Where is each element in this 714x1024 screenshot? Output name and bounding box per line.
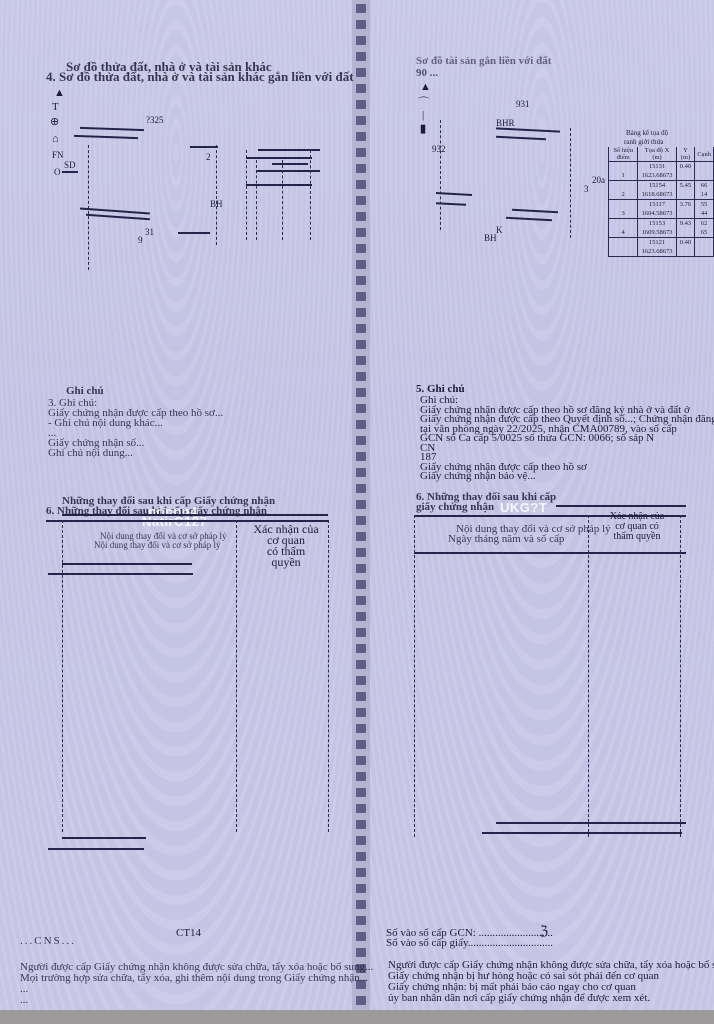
- left-section-heading-2: 4. Sơ đồ thửa đất, nhà ở và tài sản khác…: [46, 70, 354, 84]
- binding-hole: [356, 660, 366, 669]
- left-footer-line: ...: [20, 995, 28, 1007]
- binding-hole: [356, 836, 366, 845]
- building-dashed: [310, 150, 311, 240]
- binding-hole: [356, 516, 366, 525]
- table-top-border: [62, 514, 328, 516]
- building-dashed: [246, 150, 247, 240]
- binding-hole: [356, 580, 366, 589]
- building-line: [246, 157, 312, 159]
- coordinate-row: 151210.40: [609, 238, 714, 248]
- right-table-body: [414, 555, 680, 820]
- binding-hole: [356, 452, 366, 461]
- spiral-binding: [352, 0, 370, 1024]
- binding-hole: [356, 36, 366, 45]
- binding-hole: [356, 900, 366, 909]
- binding-hole: [356, 724, 366, 733]
- binding-hole: [356, 916, 366, 925]
- binding-hole: [356, 932, 366, 941]
- binding-hole: [356, 420, 366, 429]
- north-arrow-icon: ▲: [420, 82, 431, 94]
- binding-hole: [356, 308, 366, 317]
- binding-hole: [356, 148, 366, 157]
- coordinate-row: 151545.4566: [609, 181, 714, 191]
- table-bottom-border: [48, 848, 144, 850]
- binding-hole: [356, 436, 366, 445]
- left-note-line: Ghi chú nội dung...: [48, 448, 133, 460]
- binding-hole: [356, 804, 366, 813]
- coord-table-subtitle: ranh giới thửa: [624, 139, 663, 146]
- coordinate-row: 151539.4362: [609, 219, 714, 229]
- binding-hole: [356, 388, 366, 397]
- table-surface: [0, 1010, 714, 1024]
- coordinate-row: 31604.5867344: [609, 209, 714, 219]
- binding-hole: [356, 244, 366, 253]
- binding-hole: [356, 996, 366, 1005]
- table-header-col2: Xác nhận củacơ quancó thẩmquyền: [246, 524, 326, 568]
- plot-label: BH: [484, 234, 497, 243]
- building-dashed: [282, 160, 283, 240]
- circle-symbol-icon: ⊕: [50, 117, 59, 129]
- binding-hole: [356, 324, 366, 333]
- plot-label: 20a: [592, 176, 605, 185]
- coordinate-row: 41609.5867365: [609, 228, 714, 238]
- binding-hole: [356, 84, 366, 93]
- coordinate-table: Số hiệu điểmTọa độ X (m)Y (m)Cạnh151310.…: [608, 147, 714, 257]
- left-notes-title: Ghi chú: [66, 386, 104, 398]
- binding-hole: [356, 196, 366, 205]
- binding-hole: [356, 756, 366, 765]
- table-top-border: [556, 505, 686, 507]
- building-dashed: [256, 160, 257, 240]
- binding-hole: [356, 372, 366, 381]
- binding-hole: [356, 612, 366, 621]
- binding-hole: [356, 52, 366, 61]
- right-note-line: GCN số Ca cấp 5/0025 số thửa GCN: 0066; …: [420, 433, 654, 445]
- right-changes-heading-2: giấy chứng nhận: [416, 502, 494, 514]
- north-arrow-icon: ▲: [54, 88, 65, 100]
- right-section-heading-1: Sơ đồ tài sản gắn liền với đất: [416, 56, 551, 68]
- right-note-line: Giấy chứng nhận bảo vệ...: [420, 471, 536, 483]
- binding-hole: [356, 116, 366, 125]
- left-signature-note: CT14: [176, 928, 201, 940]
- building-line: [272, 163, 308, 165]
- binding-hole: [356, 884, 366, 893]
- text-marker-icon: FN: [52, 151, 64, 160]
- plot-boundary-line: [178, 232, 210, 234]
- right-footer-line: ủy ban nhân dân nơi cấp giấy chứng nhận …: [388, 993, 650, 1005]
- binding-hole: [356, 180, 366, 189]
- tent-symbol-icon: ⌒: [418, 98, 429, 110]
- coordinate-row: 1623.68673: [609, 247, 714, 257]
- binding-hole: [356, 100, 366, 109]
- binding-hole: [356, 164, 366, 173]
- right-signature-line-2: Số vào sổ cấp giấy......................…: [386, 938, 553, 950]
- plot-label: BH: [210, 200, 223, 209]
- plot-boundary-dashed: [570, 128, 571, 238]
- house-icon: ⌂: [52, 134, 59, 146]
- plot-label: 932: [432, 145, 446, 154]
- table-header-border: [62, 563, 192, 565]
- binding-hole: [356, 292, 366, 301]
- binding-hole: [356, 4, 366, 13]
- binding-hole: [356, 532, 366, 541]
- binding-hole: [356, 692, 366, 701]
- plot-label: 931: [516, 100, 530, 109]
- table-col-divider: [328, 520, 329, 832]
- overlay-text: NatirC127: [142, 514, 207, 529]
- binding-hole: [356, 356, 366, 365]
- plot-boundary-dashed: [440, 120, 441, 230]
- binding-hole: [356, 772, 366, 781]
- left-table-body: [62, 575, 328, 835]
- binding-hole: [356, 548, 366, 557]
- plot-label: ?325: [146, 116, 164, 125]
- binding-hole: [356, 212, 366, 221]
- table-col-divider: [680, 515, 681, 837]
- plot-boundary-line: [190, 146, 218, 148]
- binding-hole: [356, 132, 366, 141]
- coordinate-row: 11623.68673: [609, 171, 714, 181]
- binding-hole: [356, 228, 366, 237]
- coord-table-title: Bảng kê tọa độ: [626, 130, 668, 137]
- binding-hole: [356, 788, 366, 797]
- binding-hole: [356, 820, 366, 829]
- plot-boundary-dashed: [216, 145, 217, 245]
- plot-label: 9: [138, 236, 143, 245]
- binding-hole: [356, 260, 366, 269]
- left-signature-line: ...CNS...: [20, 936, 76, 948]
- tower-icon: T: [52, 102, 59, 114]
- binding-hole: [356, 676, 366, 685]
- binding-hole: [356, 564, 366, 573]
- table-header-col1-line2: Nội dung thay đổi và cơ sở pháp lý: [94, 541, 221, 550]
- overlay-text: UKG?T: [500, 500, 547, 515]
- coordinate-row: 151310.40: [609, 162, 714, 172]
- binding-hole: [356, 500, 366, 509]
- table-header-col1-line2: Ngày tháng năm và số cấp: [448, 534, 564, 546]
- table-bottom-border: [496, 822, 686, 824]
- binding-hole: [356, 20, 366, 29]
- table-bottom-border: [62, 837, 146, 839]
- signature-mark-icon: ℨ: [540, 924, 548, 938]
- coordinate-row: 21618.6867314: [609, 190, 714, 200]
- right-section-heading-2: 90 ...: [416, 68, 438, 80]
- block-icon: ▮: [420, 124, 426, 136]
- table-header-col2: Xác nhận củacơ quan cóthẩm quyền: [594, 512, 680, 542]
- plot-label: 31: [145, 228, 154, 237]
- binding-hole: [356, 404, 366, 413]
- binding-hole: [356, 340, 366, 349]
- binding-hole: [356, 596, 366, 605]
- plot-label: 2: [206, 153, 211, 162]
- left-footer-line: Mọi trường hợp sửa chữa, tẩy xóa, ghi th…: [20, 973, 368, 985]
- binding-hole: [356, 628, 366, 637]
- binding-hole: [356, 708, 366, 717]
- coordinate-row: 151173.7655: [609, 200, 714, 210]
- vertical-mark-icon: |: [422, 110, 424, 122]
- binding-hole: [356, 484, 366, 493]
- plot-boundary-line: [62, 171, 78, 173]
- table-bottom-border: [482, 832, 682, 834]
- binding-hole: [356, 852, 366, 861]
- binding-hole: [356, 468, 366, 477]
- left-note-line: - Ghi chú nội dung khác...: [48, 418, 163, 430]
- binding-hole: [356, 68, 366, 77]
- plot-label: O: [54, 168, 61, 177]
- plot-label: SD: [64, 161, 76, 170]
- table-header-border: [414, 552, 686, 554]
- binding-hole: [356, 740, 366, 749]
- binding-hole: [356, 868, 366, 877]
- plot-label: 3: [584, 185, 589, 194]
- binding-hole: [356, 644, 366, 653]
- binding-hole: [356, 276, 366, 285]
- binding-hole: [356, 948, 366, 957]
